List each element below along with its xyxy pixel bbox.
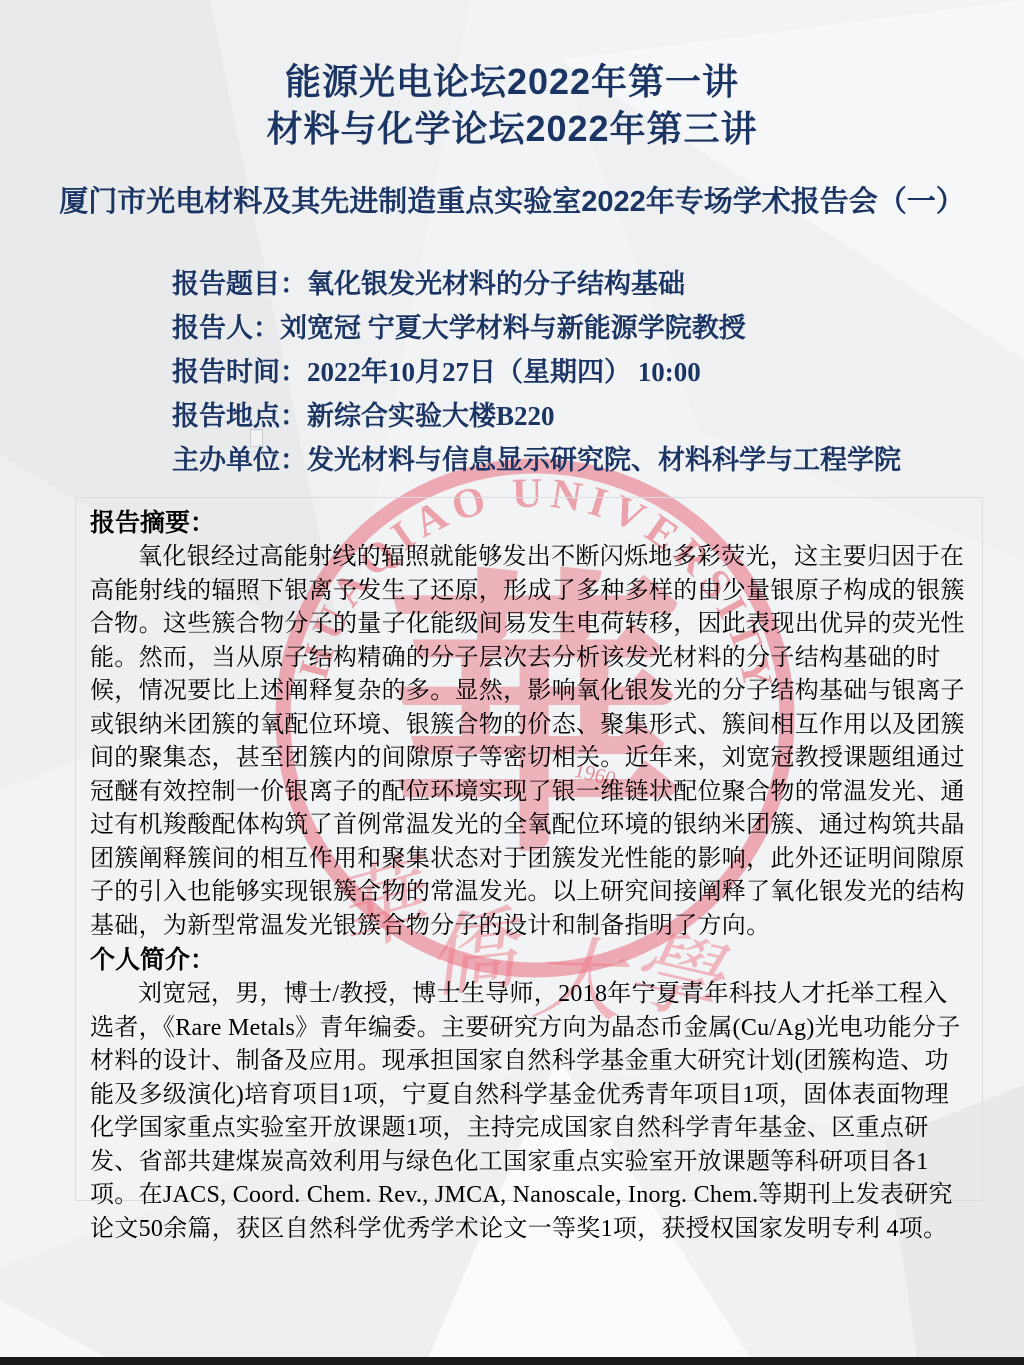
- title-line-1: 能源光电论坛2022年第一讲: [0, 58, 1024, 105]
- detail-value-host: 发光材料与信息显示研究院、材料科学与工程学院: [307, 445, 901, 475]
- detail-label-host: 主办单位：: [172, 445, 307, 475]
- detail-row-venue: 报告地点：新综合实验大楼B220: [172, 394, 901, 438]
- detail-value-venue: 新综合实验大楼B220: [307, 401, 555, 431]
- detail-row-time: 报告时间：2022年10月27日（星期四） 10:00: [172, 350, 901, 394]
- poster-title: 能源光电论坛2022年第一讲 材料与化学论坛2022年第三讲: [0, 58, 1024, 152]
- detail-label-venue: 报告地点：: [172, 401, 307, 431]
- poster-content: 能源光电论坛2022年第一讲 材料与化学论坛2022年第三讲 厦门市光电材料及其…: [0, 0, 1024, 1365]
- detail-row-title: 报告题目：氧化银发光材料的分子结构基础: [172, 262, 901, 306]
- detail-label-title: 报告题目：: [172, 269, 307, 299]
- missing-glyph-box: [250, 429, 263, 447]
- detail-row-speaker: 报告人：刘宽冠 宁夏大学材料与新能源学院教授: [172, 306, 901, 350]
- detail-label-time: 报告时间：: [172, 357, 307, 387]
- bio-heading: 个人简介：: [90, 943, 966, 978]
- bottom-edge-strip: [0, 1357, 1024, 1365]
- lecture-details: 报告题目：氧化银发光材料的分子结构基础 报告人：刘宽冠 宁夏大学材料与新能源学院…: [172, 262, 901, 482]
- abstract-body: 氧化银经过高能射线的辐照就能够发出不断闪烁地多彩荧光，这主要归因于在高能射线的辐…: [90, 541, 966, 943]
- bio-body: 刘宽冠，男，博士/教授，博士生导师，2018年宁夏青年科技人才托举工程入选者，《…: [90, 978, 966, 1246]
- abstract-bio-box: 报告摘要： 氧化银经过高能射线的辐照就能够发出不断闪烁地多彩荧光，这主要归因于在…: [75, 497, 983, 1201]
- detail-row-host: 主办单位：发光材料与信息显示研究院、材料科学与工程学院: [172, 438, 901, 482]
- title-line-2: 材料与化学论坛2022年第三讲: [0, 105, 1024, 152]
- detail-value-time: 2022年10月27日（星期四） 10:00: [307, 357, 701, 387]
- detail-value-title: 氧化银发光材料的分子结构基础: [307, 269, 685, 299]
- detail-value-speaker: 刘宽冠 宁夏大学材料与新能源学院教授: [280, 313, 746, 343]
- detail-label-speaker: 报告人：: [172, 313, 280, 343]
- abstract-heading: 报告摘要：: [90, 506, 966, 541]
- poster-subtitle: 厦门市光电材料及其先进制造重点实验室2022年专场学术报告会（一）: [0, 179, 1024, 220]
